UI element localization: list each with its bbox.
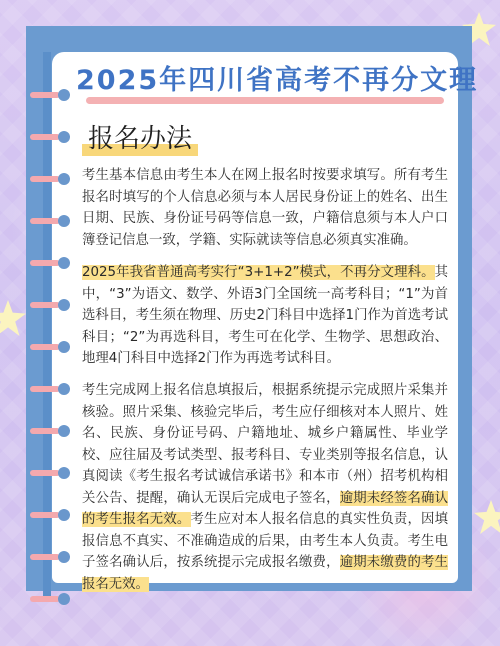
- ring-icon: [30, 257, 70, 269]
- ring-hole: [58, 257, 70, 269]
- ring-icon: [30, 467, 70, 479]
- ring-hole: [58, 341, 70, 353]
- ring-hole: [58, 131, 70, 143]
- body-text: 考生基本信息由考生本人在网上报名时按要求填写。所有考生报名时填写的个人信息必须与…: [82, 168, 448, 248]
- body-text: 考生完成网上报名信息填报后，根据系统提示完成照片采集并核验。照片采集、核验完毕后…: [82, 383, 448, 506]
- ring-hole: [58, 173, 70, 185]
- ring-wire: [30, 260, 60, 266]
- ring-wire: [30, 92, 60, 98]
- ring-wire: [30, 302, 60, 308]
- star-decoration-bottom-right: [474, 500, 500, 534]
- ring-wire: [30, 386, 60, 392]
- ring-wire: [30, 512, 60, 518]
- ring-hole: [58, 593, 70, 605]
- ring-icon: [30, 383, 70, 395]
- ring-wire: [30, 554, 60, 560]
- ring-hole: [58, 509, 70, 521]
- paragraph-registration-info: 考生基本信息由考生本人在网上报名时按要求填写。所有考生报名时填写的个人信息必须与…: [82, 165, 448, 251]
- ring-icon: [30, 425, 70, 437]
- star-decoration-left: [0, 300, 26, 336]
- ring-wire: [30, 176, 60, 182]
- ring-hole: [58, 383, 70, 395]
- ring-hole: [58, 467, 70, 479]
- ring-icon: [30, 299, 70, 311]
- highlighted-text: 2025年我省普通高考实行“3+1+2”模式，不再分文理科。: [82, 265, 435, 280]
- ring-hole: [58, 425, 70, 437]
- ring-hole: [58, 551, 70, 563]
- ring-hole: [58, 89, 70, 101]
- ring-icon: [30, 551, 70, 563]
- ring-icon: [30, 89, 70, 101]
- paragraph-exam-mode: 2025年我省普通高考实行“3+1+2”模式，不再分文理科。其中，“3”为语文、…: [82, 262, 448, 370]
- ring-wire: [30, 218, 60, 224]
- ring-hole: [58, 215, 70, 227]
- ring-icon: [30, 341, 70, 353]
- ring-wire: [30, 344, 60, 350]
- ring-icon: [30, 131, 70, 143]
- page-title: 2025年四川省高考不再分文理: [76, 58, 466, 98]
- ring-icon: [30, 593, 70, 605]
- ring-icon: [30, 173, 70, 185]
- paragraph-registration-steps: 考生完成网上报名信息填报后，根据系统提示完成照片采集并核验。照片采集、核验完毕后…: [82, 380, 448, 595]
- title-underline: [86, 97, 444, 104]
- ring-wire: [30, 134, 60, 140]
- body-text: 其中，“3”为语文、数学、外语3门全国统一高考科目；“1”为首选科目，考生须在物…: [82, 265, 448, 366]
- section-heading-text: 报名办法: [88, 124, 192, 154]
- ring-wire: [30, 428, 60, 434]
- ring-hole: [58, 299, 70, 311]
- ring-icon: [30, 215, 70, 227]
- ring-wire: [30, 470, 60, 476]
- ring-icon: [30, 509, 70, 521]
- section-heading: 报名办法: [82, 122, 198, 158]
- ring-wire: [30, 596, 60, 602]
